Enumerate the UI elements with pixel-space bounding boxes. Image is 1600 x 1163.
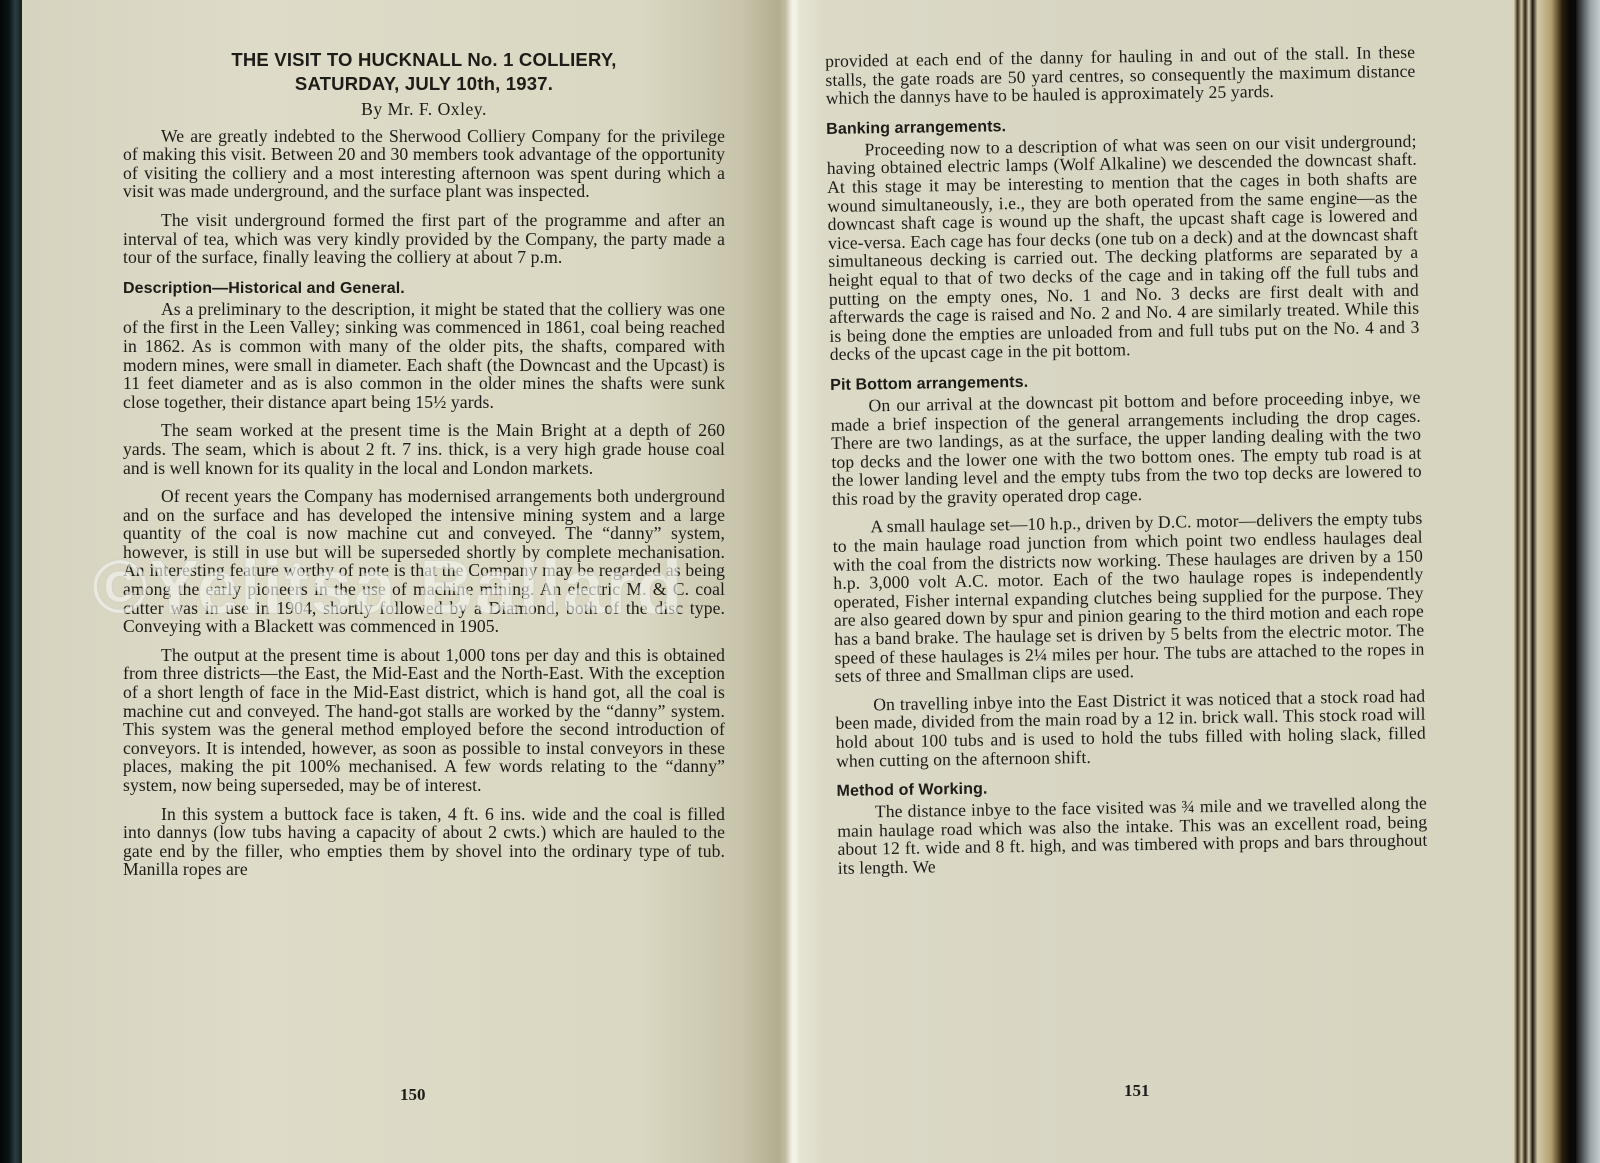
paragraph: On our arrival at the downcast pit botto… [830,388,1422,509]
section-heading: Description—Historical and General. [123,279,725,299]
book-spread: THE VISIT TO HUCKNALL No. 1 COLLIERY, SA… [0,0,1600,1163]
paragraph: A small haulage set—10 h.p., driven by D… [832,509,1425,686]
paragraph: In this system a buttock face is taken, … [123,805,725,879]
paragraph: As a preliminary to the description, it … [123,300,725,412]
paragraph: The seam worked at the present time is t… [123,421,725,477]
book-edge-right [1576,0,1600,1163]
title-line-2: SATURDAY, JULY 10th, 1937. [295,73,553,94]
page-number: 150 [400,1085,426,1105]
paragraph: The distance inbye to the face visited w… [837,794,1428,878]
title-line-1: THE VISIT TO HUCKNALL No. 1 COLLIERY, [231,49,616,70]
paragraph: We are greatly indebted to the Sherwood … [123,127,725,201]
article-title: THE VISIT TO HUCKNALL No. 1 COLLIERY, SA… [123,48,725,96]
page-stack-edge [1514,0,1576,1163]
page-left: THE VISIT TO HUCKNALL No. 1 COLLIERY, SA… [22,0,794,1163]
paragraph-continuation: provided at each end of the danny for ha… [825,43,1416,108]
left-page-text: THE VISIT TO HUCKNALL No. 1 COLLIERY, SA… [123,48,725,889]
byline: By Mr. F. Oxley. [123,100,725,119]
paragraph: Proceeding now to a description of what … [826,132,1419,364]
paragraph: The visit underground formed the first p… [123,211,725,267]
paragraph: Of recent years the Company has modernis… [123,487,725,636]
paragraph: On travelling inbye into the East Distri… [835,686,1426,770]
page-number: 151 [1124,1081,1150,1101]
page-right: provided at each end of the danny for ha… [794,0,1514,1163]
book-gutter [786,0,800,1163]
book-edge-left [0,0,22,1163]
paragraph: The output at the present time is about … [123,646,725,795]
right-page-text: provided at each end of the danny for ha… [825,43,1428,888]
